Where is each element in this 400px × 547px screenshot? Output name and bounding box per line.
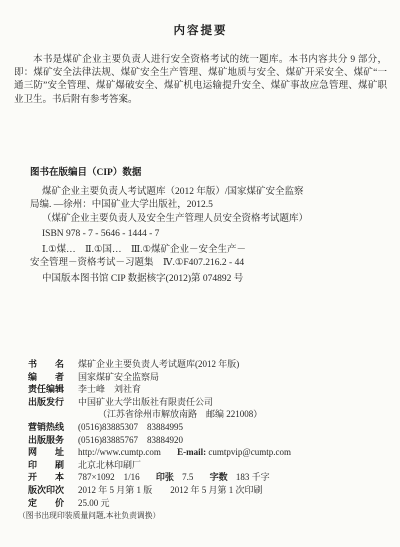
colophon-label: 营销热线: [28, 421, 78, 434]
colophon-label: 责任编辑: [28, 383, 78, 396]
colophon-row-edition: 版次印次 2012 年 5 月第 1 版 2012 年 5 月第 1 次印刷: [28, 484, 390, 497]
colophon-label: 网 址: [28, 446, 78, 459]
colophon-value: 煤矿企业主要负责人考试题库(2012 年版): [78, 358, 390, 371]
colophon-value: (0516)83885307 83884995: [78, 421, 390, 434]
colophon-label: 书 名: [28, 358, 78, 371]
cip-title-line: 煤矿企业主要负责人考试题库（2012 年版）/国家煤矿安全监察: [30, 186, 376, 199]
colophon-value: 787×1092 1/16 印张 7.5 字数 183 千字: [78, 471, 390, 484]
cip-isbn-line: ISBN 978 - 7 - 5646 - 1444 - 7: [30, 228, 376, 241]
cip-record-number-line: 中国版本图书馆 CIP 数据核字(2012)第 074892 号: [30, 273, 376, 286]
cip-heading: 图书在版编目（CIP）数据: [30, 167, 376, 180]
sheet-size: 787×1092 1/16: [78, 472, 140, 482]
word-count-value: 183 千字: [236, 472, 270, 482]
colophon-label: 编 者: [28, 371, 78, 384]
colophon-value: 国家煤矿安全监察局: [78, 371, 390, 384]
colophon-label: 版次印次: [28, 484, 78, 497]
colophon-row-publisher-address: （江苏省徐州市解放南路 邮编 221008）: [28, 408, 390, 421]
colophon-value: 2012 年 5 月第 1 版 2012 年 5 月第 1 次印刷: [78, 484, 390, 497]
colophon-label: 印 刷: [28, 459, 78, 472]
colophon-value: (0516)83885767 83884920: [78, 434, 390, 447]
cip-publisher-line: 局编. —徐州：中国矿业大学出版社，2012.5: [30, 199, 376, 212]
colophon-label: 出版发行: [28, 396, 78, 409]
cip-classification-line-2: 安全管理－资格考试－习题集 Ⅳ.①F407.216.2 - 44: [30, 257, 376, 270]
colophon-value: 中国矿业大学出版社有限责任公司: [78, 396, 390, 409]
quality-exchange-note: （图书出现印装质量问题,本社负责调换）: [18, 510, 390, 521]
colophon-section: 书 名 煤矿企业主要负责人考试题库(2012 年版) 编 者 国家煤矿安全监察局…: [28, 358, 390, 521]
colophon-value: 北京北林印刷厂: [78, 459, 390, 472]
colophon-row-book-title: 书 名 煤矿企业主要负责人考试题库(2012 年版): [28, 358, 390, 371]
colophon-row-editor: 编 者 国家煤矿安全监察局: [28, 371, 390, 384]
colophon-row-responsible-editor: 责任编辑 李士峰 刘社育: [28, 383, 390, 396]
colophon-value: 李士峰 刘社育: [78, 383, 390, 396]
colophon-row-publishing-service: 出版服务 (0516)83885767 83884920: [28, 434, 390, 447]
colophon-label: 开 本: [28, 471, 78, 484]
word-count-label: 字数: [210, 472, 228, 482]
email-label: E-mail:: [177, 447, 206, 457]
colophon-label: 出版服务: [28, 434, 78, 447]
colophon-label: [28, 408, 78, 421]
printed-sheets-label: 印张: [156, 472, 174, 482]
cip-classification-line-1: Ⅰ.①煤… Ⅱ.①国… Ⅲ.①煤矿企业－安全生产－: [30, 244, 376, 257]
colophon-value: （江苏省徐州市解放南路 邮编 221008）: [78, 408, 390, 421]
colophon-value: http://www.cumtp.com E-mail: cumtpvip@cu…: [78, 446, 390, 459]
email-address: cumtpvip@cumtp.com: [208, 447, 291, 457]
cip-section: 图书在版编目（CIP）数据 煤矿企业主要负责人考试题库（2012 年版）/国家煤…: [30, 167, 376, 287]
scanned-book-copyright-page: 内容提要 本书是煤矿企业主要负责人进行安全资格考试的统一题库。本书内容共分 9 …: [0, 0, 400, 547]
colophon-row-publisher: 出版发行 中国矿业大学出版社有限责任公司: [28, 396, 390, 409]
cip-series-line: （煤矿企业主要负责人及安全生产管理人员安全资格考试题库）: [30, 213, 376, 226]
colophon-row-website: 网 址 http://www.cumtp.com E-mail: cumtpvi…: [28, 446, 390, 459]
colophon-label: 定 价: [28, 497, 78, 510]
summary-body: 本书是煤矿企业主要负责人进行安全资格考试的统一题库。本书内容共分 9 部分，即：…: [14, 54, 387, 107]
summary-title: 内容提要: [14, 22, 387, 38]
colophon-row-printer: 印 刷 北京北林印刷厂: [28, 459, 390, 472]
colophon-row-sales-hotline: 营销热线 (0516)83885307 83884995: [28, 421, 390, 434]
content-summary-section: 内容提要 本书是煤矿企业主要负责人进行安全资格考试的统一题库。本书内容共分 9 …: [14, 22, 387, 107]
website-url: http://www.cumtp.com: [78, 447, 161, 457]
colophon-row-price: 定 价 25.00 元: [28, 497, 390, 510]
colophon-value: 25.00 元: [78, 497, 390, 510]
printed-sheets-value: 7.5: [182, 472, 193, 482]
colophon-row-format: 开 本 787×1092 1/16 印张 7.5 字数 183 千字: [28, 471, 390, 484]
